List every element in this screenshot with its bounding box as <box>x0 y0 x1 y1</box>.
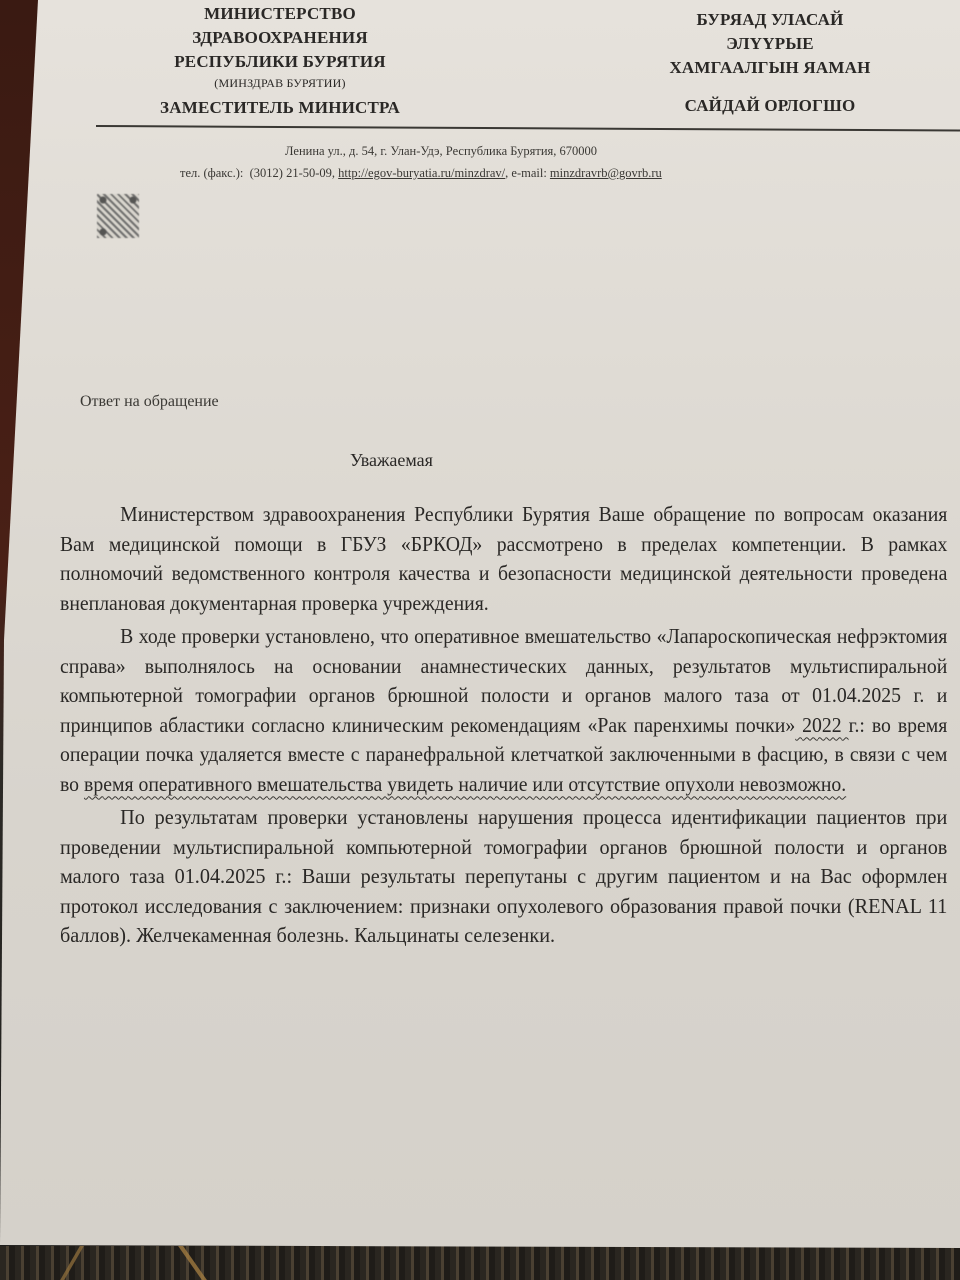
phone-number: (3012) 21-50-09, <box>250 166 335 180</box>
paragraph-review-scope: Министерством здравоохранения Республики… <box>60 500 947 618</box>
contact-line: тел. (факс.): (3012) 21-50-09, http://eg… <box>180 162 880 184</box>
letterhead-russian: МИНИСТЕРСТВО ЗДРАВООХРАНЕНИЯ РЕСПУБЛИКИ … <box>140 2 420 120</box>
letter-body: Министерством здравоохранения Республики… <box>60 500 947 951</box>
phone-label: тел. (факс.): <box>180 166 243 180</box>
header-divider <box>96 125 960 132</box>
website-link[interactable]: http://egov-buryatia.ru/minzdrav/ <box>338 166 505 180</box>
org-name-line: ХАМГААЛГЫН ЯАМАН <box>640 56 900 80</box>
org-short-name: (МИНЗДРАВ БУРЯТИИ) <box>140 74 420 92</box>
email-label: , e-mail: <box>505 166 547 180</box>
org-name-line: ЗДРАВООХРАНЕНИЯ <box>140 26 420 50</box>
paragraph-violations: По результатам проверки установлены нару… <box>60 803 947 951</box>
org-name-line: БУРЯАД УЛАСАЙ <box>640 8 900 32</box>
letterhead-buryat: БУРЯАД УЛАСАЙ ЭЛҮҮРЫЕ ХАМГААЛГЫН ЯАМАН С… <box>640 8 900 118</box>
underlined-statement: время оперативного вмешательства увидеть… <box>84 772 846 796</box>
qr-code-icon <box>97 194 139 238</box>
org-name-line: ЭЛҮҮРЫЕ <box>640 32 900 56</box>
tablecloth-background <box>0 1246 960 1280</box>
org-name-line: РЕСПУБЛИКИ БУРЯТИЯ <box>140 50 420 74</box>
letter-page: МИНИСТЕРСТВО ЗДРАВООХРАНЕНИЯ РЕСПУБЛИКИ … <box>0 0 960 1248</box>
postal-address: Ленина ул., д. 54, г. Улан-Удэ, Республи… <box>180 140 880 162</box>
org-name-line: МИНИСТЕРСТВО <box>140 2 420 26</box>
email-link[interactable]: minzdravrb@govrb.ru <box>550 166 662 180</box>
signatory-position: САЙДАЙ ОРЛОГШО <box>640 94 900 118</box>
letter-subject: Ответ на обращение <box>80 393 219 411</box>
signatory-position: ЗАМЕСТИТЕЛЬ МИНИСТРА <box>140 96 420 120</box>
contact-block: Ленина ул., д. 54, г. Улан-Удэ, Республи… <box>180 140 880 184</box>
paragraph-surgery-findings: В ходе проверки установлено, что операти… <box>60 622 947 799</box>
pattern-decoration <box>178 1246 267 1280</box>
pattern-decoration <box>60 1246 124 1280</box>
underlined-year: 2022 <box>795 713 848 737</box>
salutation: Уважаемая <box>350 450 433 471</box>
